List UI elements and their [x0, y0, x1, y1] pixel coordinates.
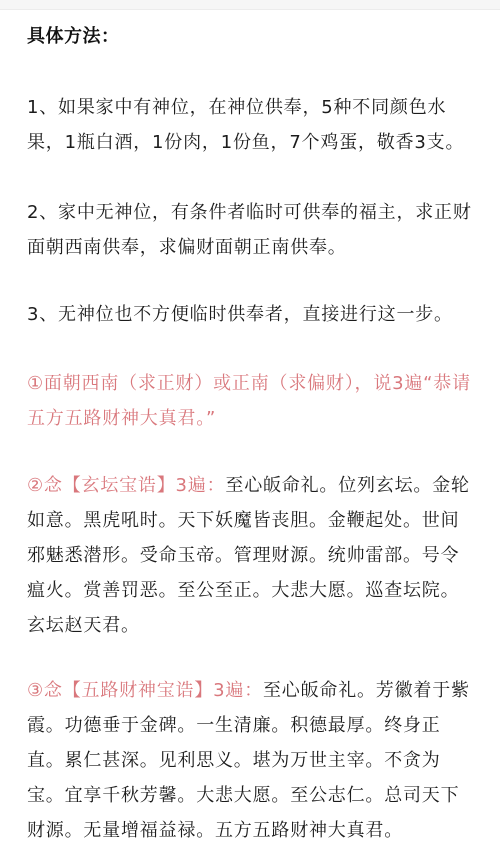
- step-2-label: ②念【玄坛宝诰】3遍：: [27, 475, 225, 496]
- step-1-invocation: ①面朝西南（求正财）或正南（求偏财），说3遍“恭请五方五路财神大真君。”: [27, 366, 477, 436]
- method-paragraph-1: 1、如果家中有神位，在神位供奉，5种不同颜色水果，1瓶白酒，1份肉，1份鱼，7个…: [27, 90, 477, 160]
- top-divider: [0, 0, 500, 10]
- step-3-text: 至心皈命礼。芳徽着于紫霞。功德垂于金碑。一生清廉。积德最厚。终身正直。累仁甚深。…: [27, 680, 470, 841]
- step-3-wulu-prayer: ③念【五路财神宝诰】3遍：至心皈命礼。芳徽着于紫霞。功德垂于金碑。一生清廉。积德…: [27, 673, 477, 848]
- step-3-label: ③念【五路财神宝诰】3遍：: [27, 680, 263, 701]
- step-2-xuantan-prayer: ②念【玄坛宝诰】3遍：至心皈命礼。位列玄坛。金轮如意。黑虎吼时。天下妖魔皆丧胆。…: [27, 468, 477, 643]
- method-paragraph-2: 2、家中无神位，有条件者临时可供奉的福主，求正财面朝西南供奉，求偏财面朝正南供奉…: [27, 195, 477, 265]
- step-2-text: 至心皈命礼。位列玄坛。金轮如意。黑虎吼时。天下妖魔皆丧胆。金鞭起处。世间邪魅悉潜…: [27, 475, 470, 636]
- method-paragraph-3: 3、无神位也不方便临时供奉者，直接进行这一步。: [27, 297, 477, 332]
- section-heading: 具体方法：: [27, 22, 120, 48]
